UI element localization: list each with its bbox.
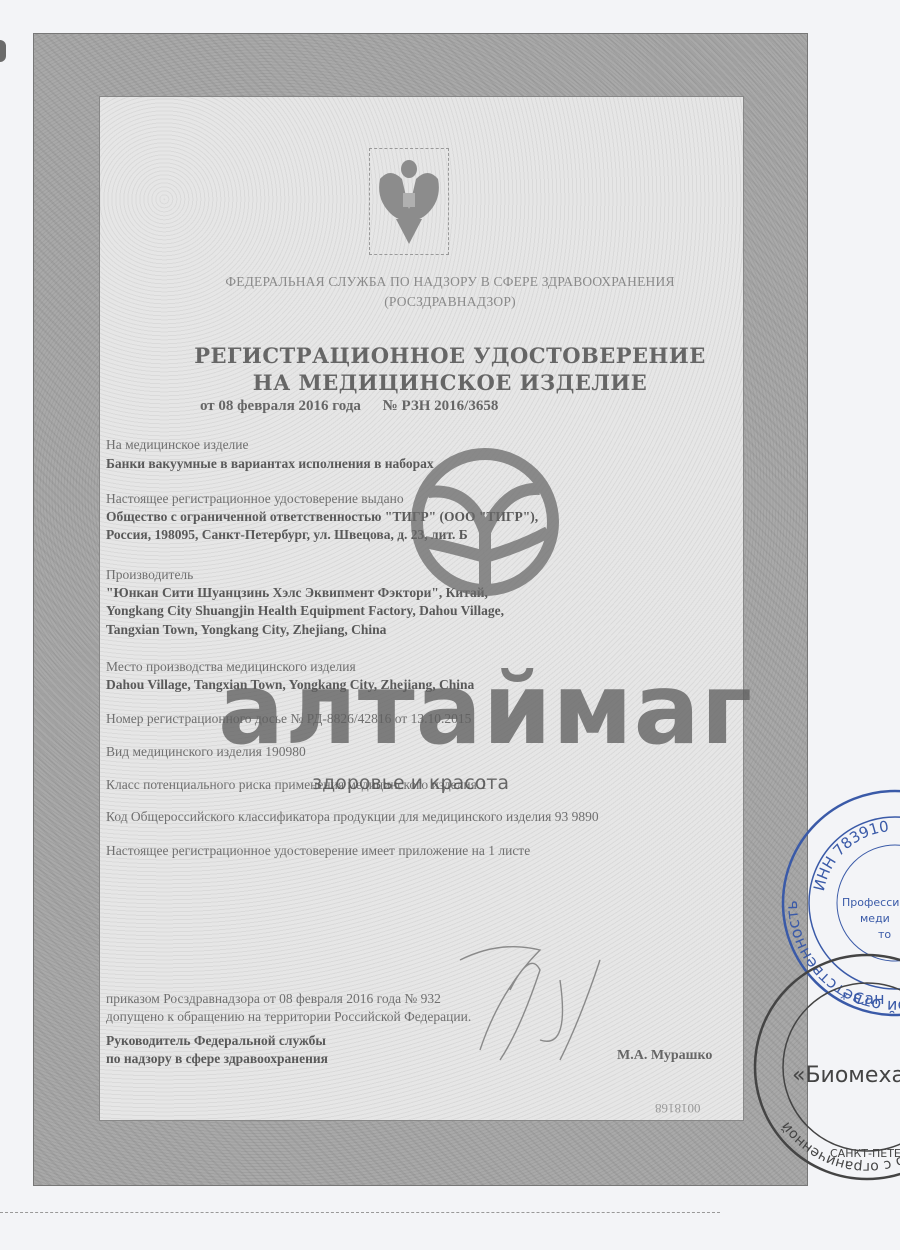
- svg-text:меди: меди: [860, 912, 890, 925]
- russian-coat-of-arms-icon: [369, 148, 449, 255]
- certificate-date: от 08 февраля 2016 года: [200, 398, 361, 414]
- certificate-title: РЕГИСТРАЦИОННОЕ УДОСТОВЕРЕНИЕ: [100, 343, 800, 368]
- okp-code: Код Общероссийского классификатора проду…: [106, 808, 599, 825]
- certificate-date-number: от 08 февраля 2016 года № РЗН 2016/3658: [200, 398, 516, 415]
- certificate-number: № РЗН 2016/3658: [383, 398, 499, 414]
- certificate-subtitle: НА МЕДИЦИНСКОЕ ИЗДЕЛИЕ: [100, 370, 800, 395]
- svg-text:«Биомехан: «Биомехан: [792, 1063, 900, 1088]
- head-title-line1: Руководитель Федеральной службы: [106, 1032, 326, 1049]
- issued-label: Настоящее регистрационное удостоверение …: [106, 490, 404, 507]
- signer-name: М.А. Мурашко: [617, 1048, 712, 1064]
- device-label: На медицинское изделие: [106, 436, 249, 453]
- svg-text:то: то: [878, 928, 891, 941]
- agency-abbreviation: (РОСЗДРАВНАДЗОР): [100, 292, 800, 312]
- leaf-circle-logo-icon: [410, 447, 560, 642]
- company-seal-black: Общество с ограниченной «Биомехан САНКТ-…: [752, 952, 900, 1182]
- svg-text:САНКТ-ПЕТЕ: САНКТ-ПЕТЕ: [830, 1147, 900, 1160]
- serial-number: 0018168: [655, 1100, 701, 1116]
- svg-text:Общество с ограниченной: Общество с ограниченной: [778, 1111, 900, 1175]
- device-name: Банки вакуумные в вариантах исполнения в…: [106, 455, 434, 472]
- watermark-brand: алтаймаг: [218, 660, 753, 760]
- watermark-tagline: здоровье и красота: [312, 772, 509, 794]
- manufacturer-label: Производитель: [106, 566, 193, 583]
- manufacturer-address: Tangxian Town, Yongkang City, Zhejiang, …: [106, 621, 386, 638]
- svg-text:Професси: Професси: [842, 896, 899, 909]
- scan-edge-line: [0, 1212, 720, 1214]
- signature-icon: [440, 930, 640, 1070]
- svg-text:ИНН 783910: ИНН 783910: [810, 817, 890, 892]
- agency-name: ФЕДЕРАЛЬНАЯ СЛУЖБА ПО НАДЗОРУ В СФЕРЕ ЗД…: [100, 272, 800, 292]
- issuing-agency: ФЕДЕРАЛЬНАЯ СЛУЖБА ПО НАДЗОРУ В СФЕРЕ ЗД…: [100, 272, 800, 312]
- order-reference: приказом Росздравнадзора от 08 февраля 2…: [106, 990, 441, 1007]
- admission-statement: допущено к обращению на территории Росси…: [106, 1008, 471, 1025]
- binder-hole: [0, 40, 6, 62]
- appendix-note: Настоящее регистрационное удостоверение …: [106, 842, 530, 859]
- head-title-line2: по надзору в сфере здравоохранения: [106, 1050, 328, 1067]
